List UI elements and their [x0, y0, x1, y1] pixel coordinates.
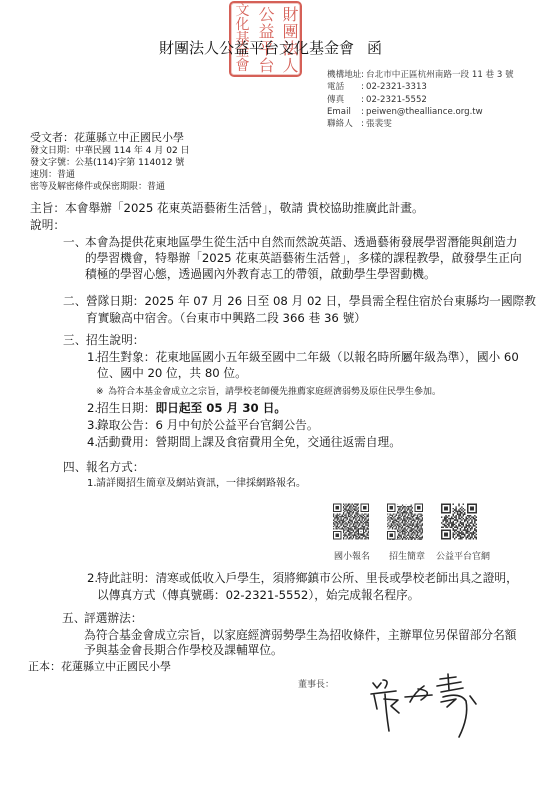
seal-column-left: 文化基金會: [233, 5, 252, 74]
item-text-line: 招生日期：即日起至 05 月 30 日。: [97, 400, 286, 416]
section-text-line: 本會為提供花東地區學生從生活中自然而然說英語、透過藝術發展學習潛能與創造力: [85, 234, 517, 250]
subject-value: 本會舉辦「2025 花東英語藝術生活營」，敬請 貴校協助推廣此計畫。: [65, 201, 424, 215]
meta-value: 普通: [147, 182, 165, 192]
document-type: 函: [367, 39, 382, 57]
qr-code-brochure: [387, 503, 423, 540]
contact-info: 機構地址:台北市中正區杭州南路一段 11 巷 3 號 電話:02-2321-33…: [327, 69, 514, 130]
official-seal-stamp: 財團法人 公益平台 文化基金會: [229, 1, 302, 77]
section-title: 評選辦法：: [84, 610, 142, 626]
contact-row-address: 機構地址:台北市中正區杭州南路一段 11 巷 3 號: [327, 69, 514, 81]
contact-label: Email: [327, 106, 361, 118]
contact-row-person: 聯絡人:張裴雯: [327, 118, 514, 130]
item-text-line: 錄取公告：6 月中旬於公益平台官網公告。: [97, 417, 319, 433]
meta-value: 公基(114)字第 114012 號: [75, 158, 184, 168]
contact-label: 機構地址: [327, 69, 361, 81]
contact-row-phone: 電話:02-2321-3313: [327, 81, 514, 93]
section-number: 四、: [63, 459, 86, 475]
contact-value: 02-2321-5552: [366, 95, 427, 105]
section-title: 報名方式：: [86, 459, 144, 475]
contact-label: 傳真: [327, 94, 361, 106]
qr-code-elementary-registration: [333, 503, 369, 540]
contact-row-fax: 傳真:02-2321-5552: [327, 94, 514, 106]
item-text-line: 位、國中 20 位，共 80 位。: [97, 365, 247, 381]
document-page: 財團法人 公益平台 文化基金會 財團法人公益平台文化基金會函 機構地址:台北市中…: [0, 0, 550, 785]
item-text-line: 特此註明：清寒或低收入戶學生，須將鄉鎮市公所、里長或學校老師出具之證明，: [97, 570, 518, 586]
enrollment-deadline: 即日起至 05 月 30 日。: [155, 401, 286, 415]
section-text-line: 營隊日期：2025 年 07 月 26 日至 08 月 02 日，學員需全程住宿…: [86, 293, 536, 309]
contact-value: 張裴雯: [366, 119, 392, 129]
contact-value: peiwen@thealliance.org.tw: [366, 107, 483, 117]
chairman-signature: [365, 672, 480, 742]
meta-confidentiality: 密等及解密條件或保密期限：普通: [30, 179, 165, 195]
copy-to-line: 正本：花蓮縣立中正國民小學: [28, 659, 171, 675]
section-number: 三、: [63, 332, 86, 348]
contact-label: 電話: [327, 81, 361, 93]
signatory-label: 董事長：: [298, 677, 334, 693]
section-number: 二、: [63, 293, 86, 309]
qr-label: 招生簡章: [375, 550, 439, 564]
contact-row-email: Email:peiwen@thealliance.org.tw: [327, 106, 514, 118]
qr-label: 公益平台官網: [431, 550, 495, 564]
seal-column-right: 財團法人: [281, 6, 300, 74]
meta-label: 密等及解密條件或保密期限：: [30, 182, 147, 192]
note-text: 為符合本基金會成立之宗旨，請學校老師優先推薦家庭經濟弱勢及原住民學生參加。: [108, 384, 441, 400]
subject-label: 主旨：: [30, 201, 65, 215]
section-text-line: 積極的學習心態，透過國內外教育志工的帶領，啟動學生學習動機。: [85, 266, 436, 282]
item-text-line: 招生對象：花東地區國小五年級至國中二年級（以報名時所屬年級為準），國小 60: [97, 349, 519, 365]
explanation-label: 說明：: [30, 217, 65, 233]
contact-label: 聯絡人: [327, 118, 361, 130]
item-text-line: 請詳閱招生簡章及網站資訊，一律採網路報名。: [96, 476, 306, 492]
section-text-line: 為符合基金會成立宗旨，以家庭經濟弱勢學生為招收條件，主辦單位另保留部分名額: [84, 627, 516, 643]
note-mark: ※: [96, 384, 104, 400]
qr-code-official-website: [441, 503, 477, 540]
item-text-line: 活動費用：營期間上課及食宿費用全免，交通往返需自理。: [97, 434, 401, 450]
section-text-line: 予與基金會長期合作學校及課輔單位。: [84, 642, 283, 658]
section-text-line: 育實驗高中宿舍。（台東市中興路二段 366 巷 36 號）: [86, 310, 366, 326]
section-text-line: 的學習機會，特舉辦「2025 花東英語藝術生活營」，多樣的課程教學，啟發學生正向: [85, 250, 522, 266]
item-text-line: 以傳真方式（傳真號碼：02-2321-5552），始完成報名程序。: [97, 587, 419, 603]
subject-line: 主旨：本會舉辦「2025 花東英語藝術生活營」，敬請 貴校協助推廣此計畫。: [30, 200, 424, 216]
section-number: 五、: [62, 610, 85, 626]
seal-column-middle: 公益平台: [257, 6, 276, 74]
contact-value: 02-2321-3313: [366, 82, 427, 92]
item-label: 招生日期：: [97, 401, 155, 415]
section-number: 一、: [63, 234, 86, 250]
section-title: 招生說明：: [86, 332, 144, 348]
copy-to-label: 正本：: [28, 660, 61, 673]
copy-to-value: 花蓮縣立中正國民小學: [61, 660, 171, 673]
contact-value: 台北市中正區杭州南路一段 11 巷 3 號: [366, 70, 514, 80]
